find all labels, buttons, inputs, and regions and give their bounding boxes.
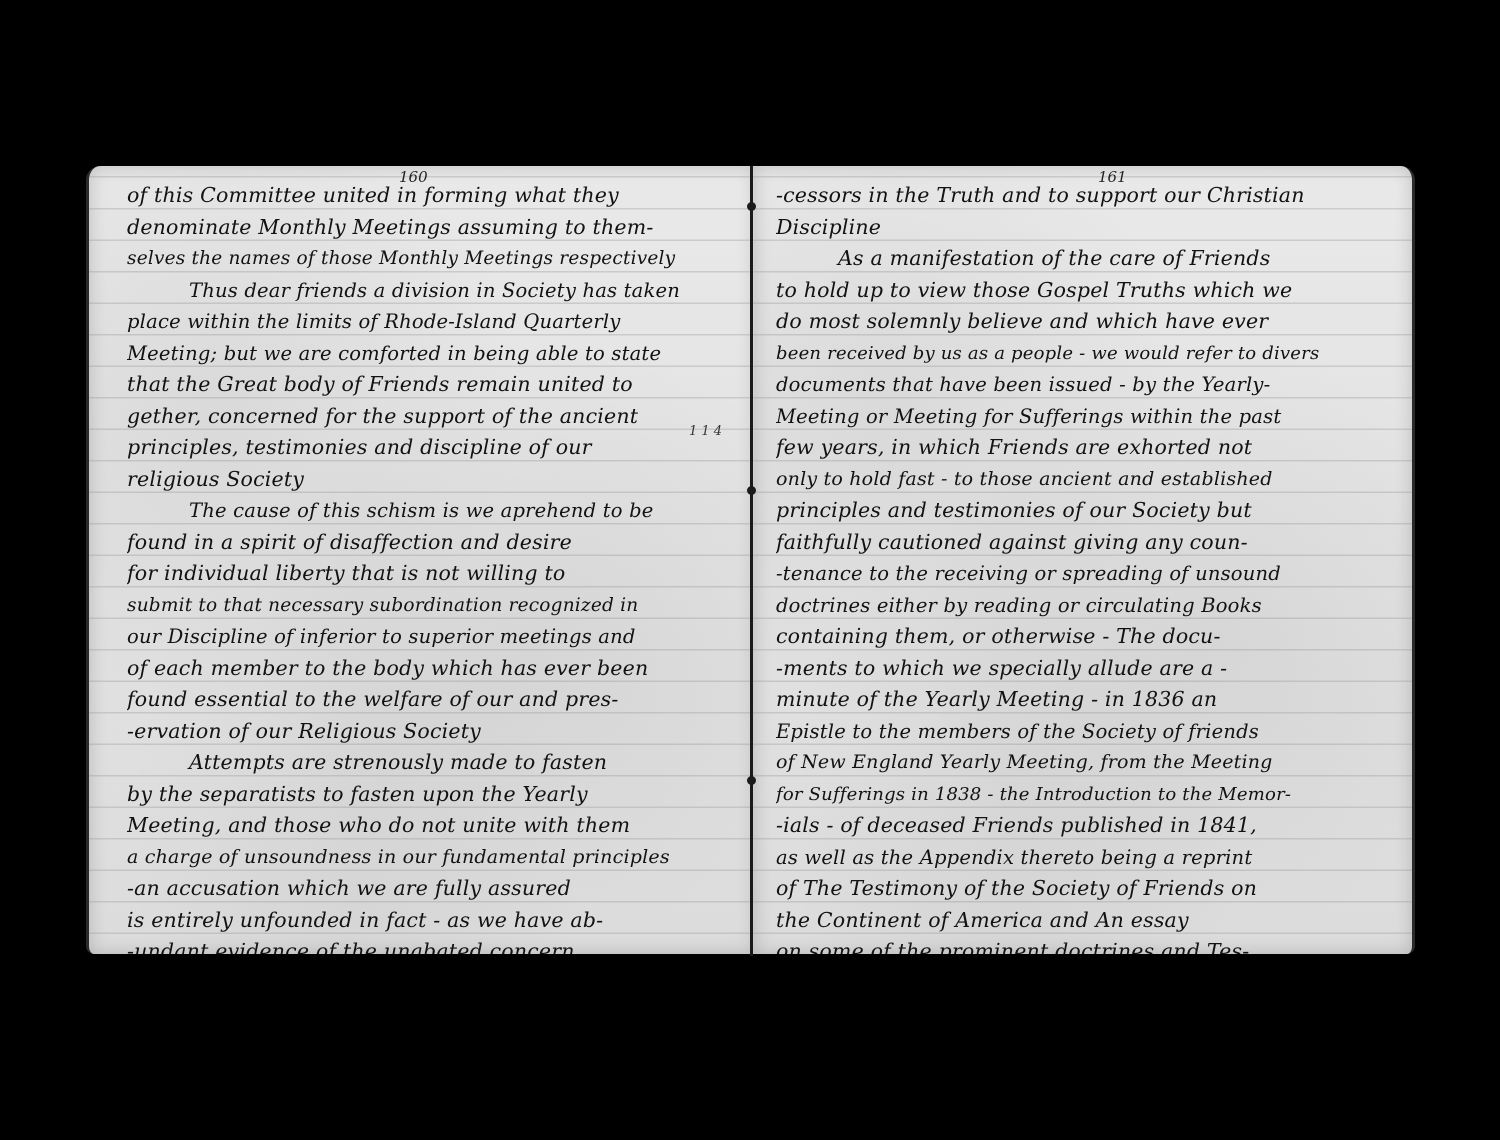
text-line: found essential to the welfare of our an… bbox=[127, 684, 745, 716]
text-line: to hold up to view those Gospel Truths w… bbox=[776, 275, 1398, 307]
text-line: religious Society bbox=[127, 464, 745, 496]
text-line: of The Testimony of the Society of Frien… bbox=[776, 873, 1398, 905]
text-line: on some of the prominent doctrines and T… bbox=[776, 936, 1398, 954]
text-line: documents that have been issued - by the… bbox=[776, 369, 1398, 401]
text-line: -tenance to the receiving or spreading o… bbox=[776, 558, 1398, 590]
text-line: the Continent of America and An essay bbox=[776, 905, 1398, 937]
text-line: do most solemnly believe and which have … bbox=[776, 306, 1398, 338]
text-line: As a manifestation of the care of Friend… bbox=[776, 243, 1398, 275]
text-line: denominate Monthly Meetings assuming to … bbox=[127, 212, 745, 244]
text-line: faithfully cautioned against giving any … bbox=[776, 527, 1398, 559]
binding-stitch bbox=[747, 202, 756, 211]
text-line: -undant evidence of the unabated concern bbox=[127, 936, 745, 954]
left-page-text: of this Committee united in forming what… bbox=[127, 180, 745, 954]
text-line: minute of the Yearly Meeting - in 1836 a… bbox=[776, 684, 1398, 716]
text-line: few years, in which Friends are exhorted… bbox=[776, 432, 1398, 464]
text-line: Discipline bbox=[776, 212, 1398, 244]
text-line: of this Committee united in forming what… bbox=[127, 180, 745, 212]
text-line: Meeting; but we are comforted in being a… bbox=[127, 338, 745, 370]
text-line: -an accusation which we are fully assure… bbox=[127, 873, 745, 905]
text-line: only to hold fast - to those ancient and… bbox=[776, 464, 1398, 496]
text-line: principles, testimonies and discipline o… bbox=[127, 432, 745, 464]
margin-note: 1 1 4 bbox=[689, 424, 722, 439]
text-line: a charge of unsoundness in our fundament… bbox=[127, 842, 745, 874]
text-line: found in a spirit of disaffection and de… bbox=[127, 527, 745, 559]
book-spine bbox=[750, 166, 753, 956]
text-line: our Discipline of inferior to superior m… bbox=[127, 621, 745, 653]
text-line: The cause of this schism is we aprehend … bbox=[127, 495, 745, 527]
text-line: selves the names of those Monthly Meetin… bbox=[127, 243, 745, 275]
text-line: principles and testimonies of our Societ… bbox=[776, 495, 1398, 527]
text-line: containing them, or otherwise - The docu… bbox=[776, 621, 1398, 653]
text-line: Epistle to the members of the Society of… bbox=[776, 716, 1398, 748]
text-line: -ervation of our Religious Society bbox=[127, 716, 745, 748]
text-line: for Sufferings in 1838 - the Introductio… bbox=[776, 779, 1398, 811]
text-line: gether, concerned for the support of the… bbox=[127, 401, 745, 433]
text-line: by the separatists to fasten upon the Ye… bbox=[127, 779, 745, 811]
text-line: is entirely unfounded in fact - as we ha… bbox=[127, 905, 745, 937]
ledger-spread: 160 of this Committee united in forming … bbox=[86, 166, 1416, 956]
text-line: as well as the Appendix thereto being a … bbox=[776, 842, 1398, 874]
text-line: been received by us as a people - we wou… bbox=[776, 338, 1398, 370]
text-line: -ments to which we specially allude are … bbox=[776, 653, 1398, 685]
text-line: Meeting, and those who do not unite with… bbox=[127, 810, 745, 842]
right-page-text: -cessors in the Truth and to support our… bbox=[776, 180, 1398, 954]
text-line: place within the limits of Rhode-Island … bbox=[127, 306, 745, 338]
text-line: of each member to the body which has eve… bbox=[127, 653, 745, 685]
text-line: -cessors in the Truth and to support our… bbox=[776, 180, 1398, 212]
text-line: Attempts are strenously made to fasten bbox=[127, 747, 745, 779]
text-line: Meeting or Meeting for Sufferings within… bbox=[776, 401, 1398, 433]
left-page: 160 of this Committee united in forming … bbox=[86, 166, 755, 954]
text-line: for individual liberty that is not willi… bbox=[127, 558, 745, 590]
text-line: of New England Yearly Meeting, from the … bbox=[776, 747, 1398, 779]
right-page: 161 -cessors in the Truth and to support… bbox=[754, 166, 1415, 954]
text-line: doctrines either by reading or circulati… bbox=[776, 590, 1398, 622]
text-line: submit to that necessary subordination r… bbox=[127, 590, 745, 622]
binding-stitch bbox=[747, 486, 756, 495]
binding-stitch bbox=[747, 776, 756, 785]
text-line: Thus dear friends a division in Society … bbox=[127, 275, 745, 307]
text-line: that the Great body of Friends remain un… bbox=[127, 369, 745, 401]
text-line: -ials - of deceased Friends published in… bbox=[776, 810, 1398, 842]
